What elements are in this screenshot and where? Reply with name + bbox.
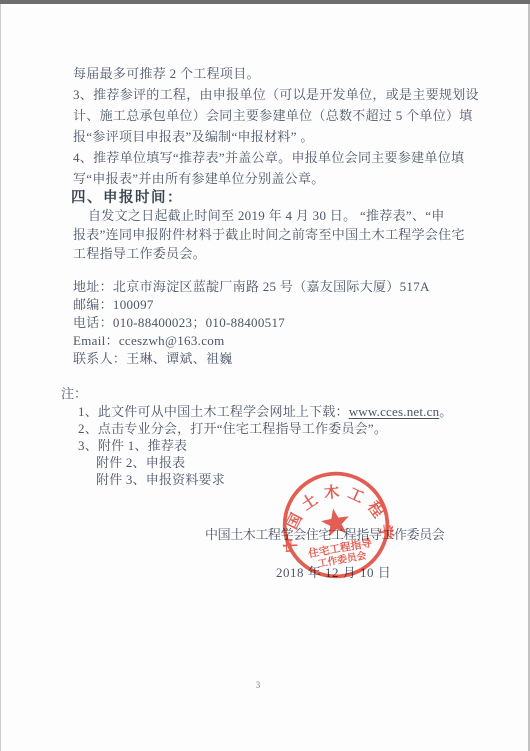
section-paragraph: 自发文之日起截止时间至 2019 年 4 月 30 日。 “推荐表”、“申 报表… [73, 206, 493, 263]
document-page: 每届最多可推荐 2 个工程项目。 3、推荐参评的工程，由申报单位（可以是开发单位… [0, 0, 530, 751]
text-line: 3、推荐参评的工程，由申报单位（可以是开发单位，或是主要规划设 [73, 84, 493, 105]
text-line: 报表”连同申报附件材料于截止时间之前寄至中国土木工程学会住宅 [73, 225, 493, 244]
page-number: 3 [244, 680, 272, 690]
contact-address: 地址：北京市海淀区蓝靛厂南路 25 号（嘉友国际大厦）517A [73, 278, 493, 296]
note-item: 2、点击专业分会，打开“住宅工程指导工作委员会”。 [78, 420, 508, 437]
section-heading: 四、申报时间： [71, 186, 183, 207]
notes-label: 注： [61, 383, 87, 402]
notes-list: 1、此文件可从中国土木工程学会网址上下载：www.cces.net.cn。 2、… [78, 403, 508, 488]
contact-email: Email：cceszwh@163.com [73, 332, 493, 350]
text-line: 4、推荐单位填写“推荐表”并盖公章。申报单位会同主要参建单位填 [73, 147, 493, 168]
text-line: 每届最多可推荐 2 个工程项目。 [73, 63, 493, 84]
contact-postcode: 邮编：100097 [73, 296, 493, 314]
text-line: 自发文之日起截止时间至 2019 年 4 月 30 日。 “推荐表”、“申 [73, 206, 493, 225]
text-line: 工程指导工作委员会。 [73, 244, 493, 263]
scan-edge-left [0, 4, 1, 751]
scan-edge-top [0, 0, 530, 4]
signature-date: 2018 年 12 月 10 日 [276, 562, 391, 581]
note-item: 附件 3、申报资料要求 [96, 471, 508, 488]
text-line: 报“参评项目申报表”及编制“申报材料” 。 [73, 126, 493, 147]
body-paragraphs: 每届最多可推荐 2 个工程项目。 3、推荐参评的工程，由申报单位（可以是开发单位… [73, 63, 493, 189]
contact-phone: 电话：010-88400023；010-88400517 [73, 314, 493, 332]
note-item: 3、附件 1、推荐表 [78, 437, 508, 454]
note-text: 1、此文件可从中国土木工程学会网址上下载： [78, 404, 349, 419]
note-item: 1、此文件可从中国土木工程学会网址上下载：www.cces.net.cn。 [78, 403, 508, 420]
signature-organization: 中国土木工程学会住宅工程指导工作委员会 [205, 524, 444, 543]
note-item: 附件 2、申报表 [96, 454, 508, 471]
text-line: 计、施工总承包单位）会同主要参建单位（总数不超过 5 个单位）填 [73, 105, 493, 126]
contact-persons: 联系人：王琳、谭斌、祖巍 [73, 350, 493, 368]
website-link[interactable]: www.cces.net.cn [349, 404, 440, 419]
note-text: 。 [439, 404, 452, 419]
contact-info: 地址：北京市海淀区蓝靛厂南路 25 号（嘉友国际大厦）517A 邮编：10009… [73, 278, 493, 368]
